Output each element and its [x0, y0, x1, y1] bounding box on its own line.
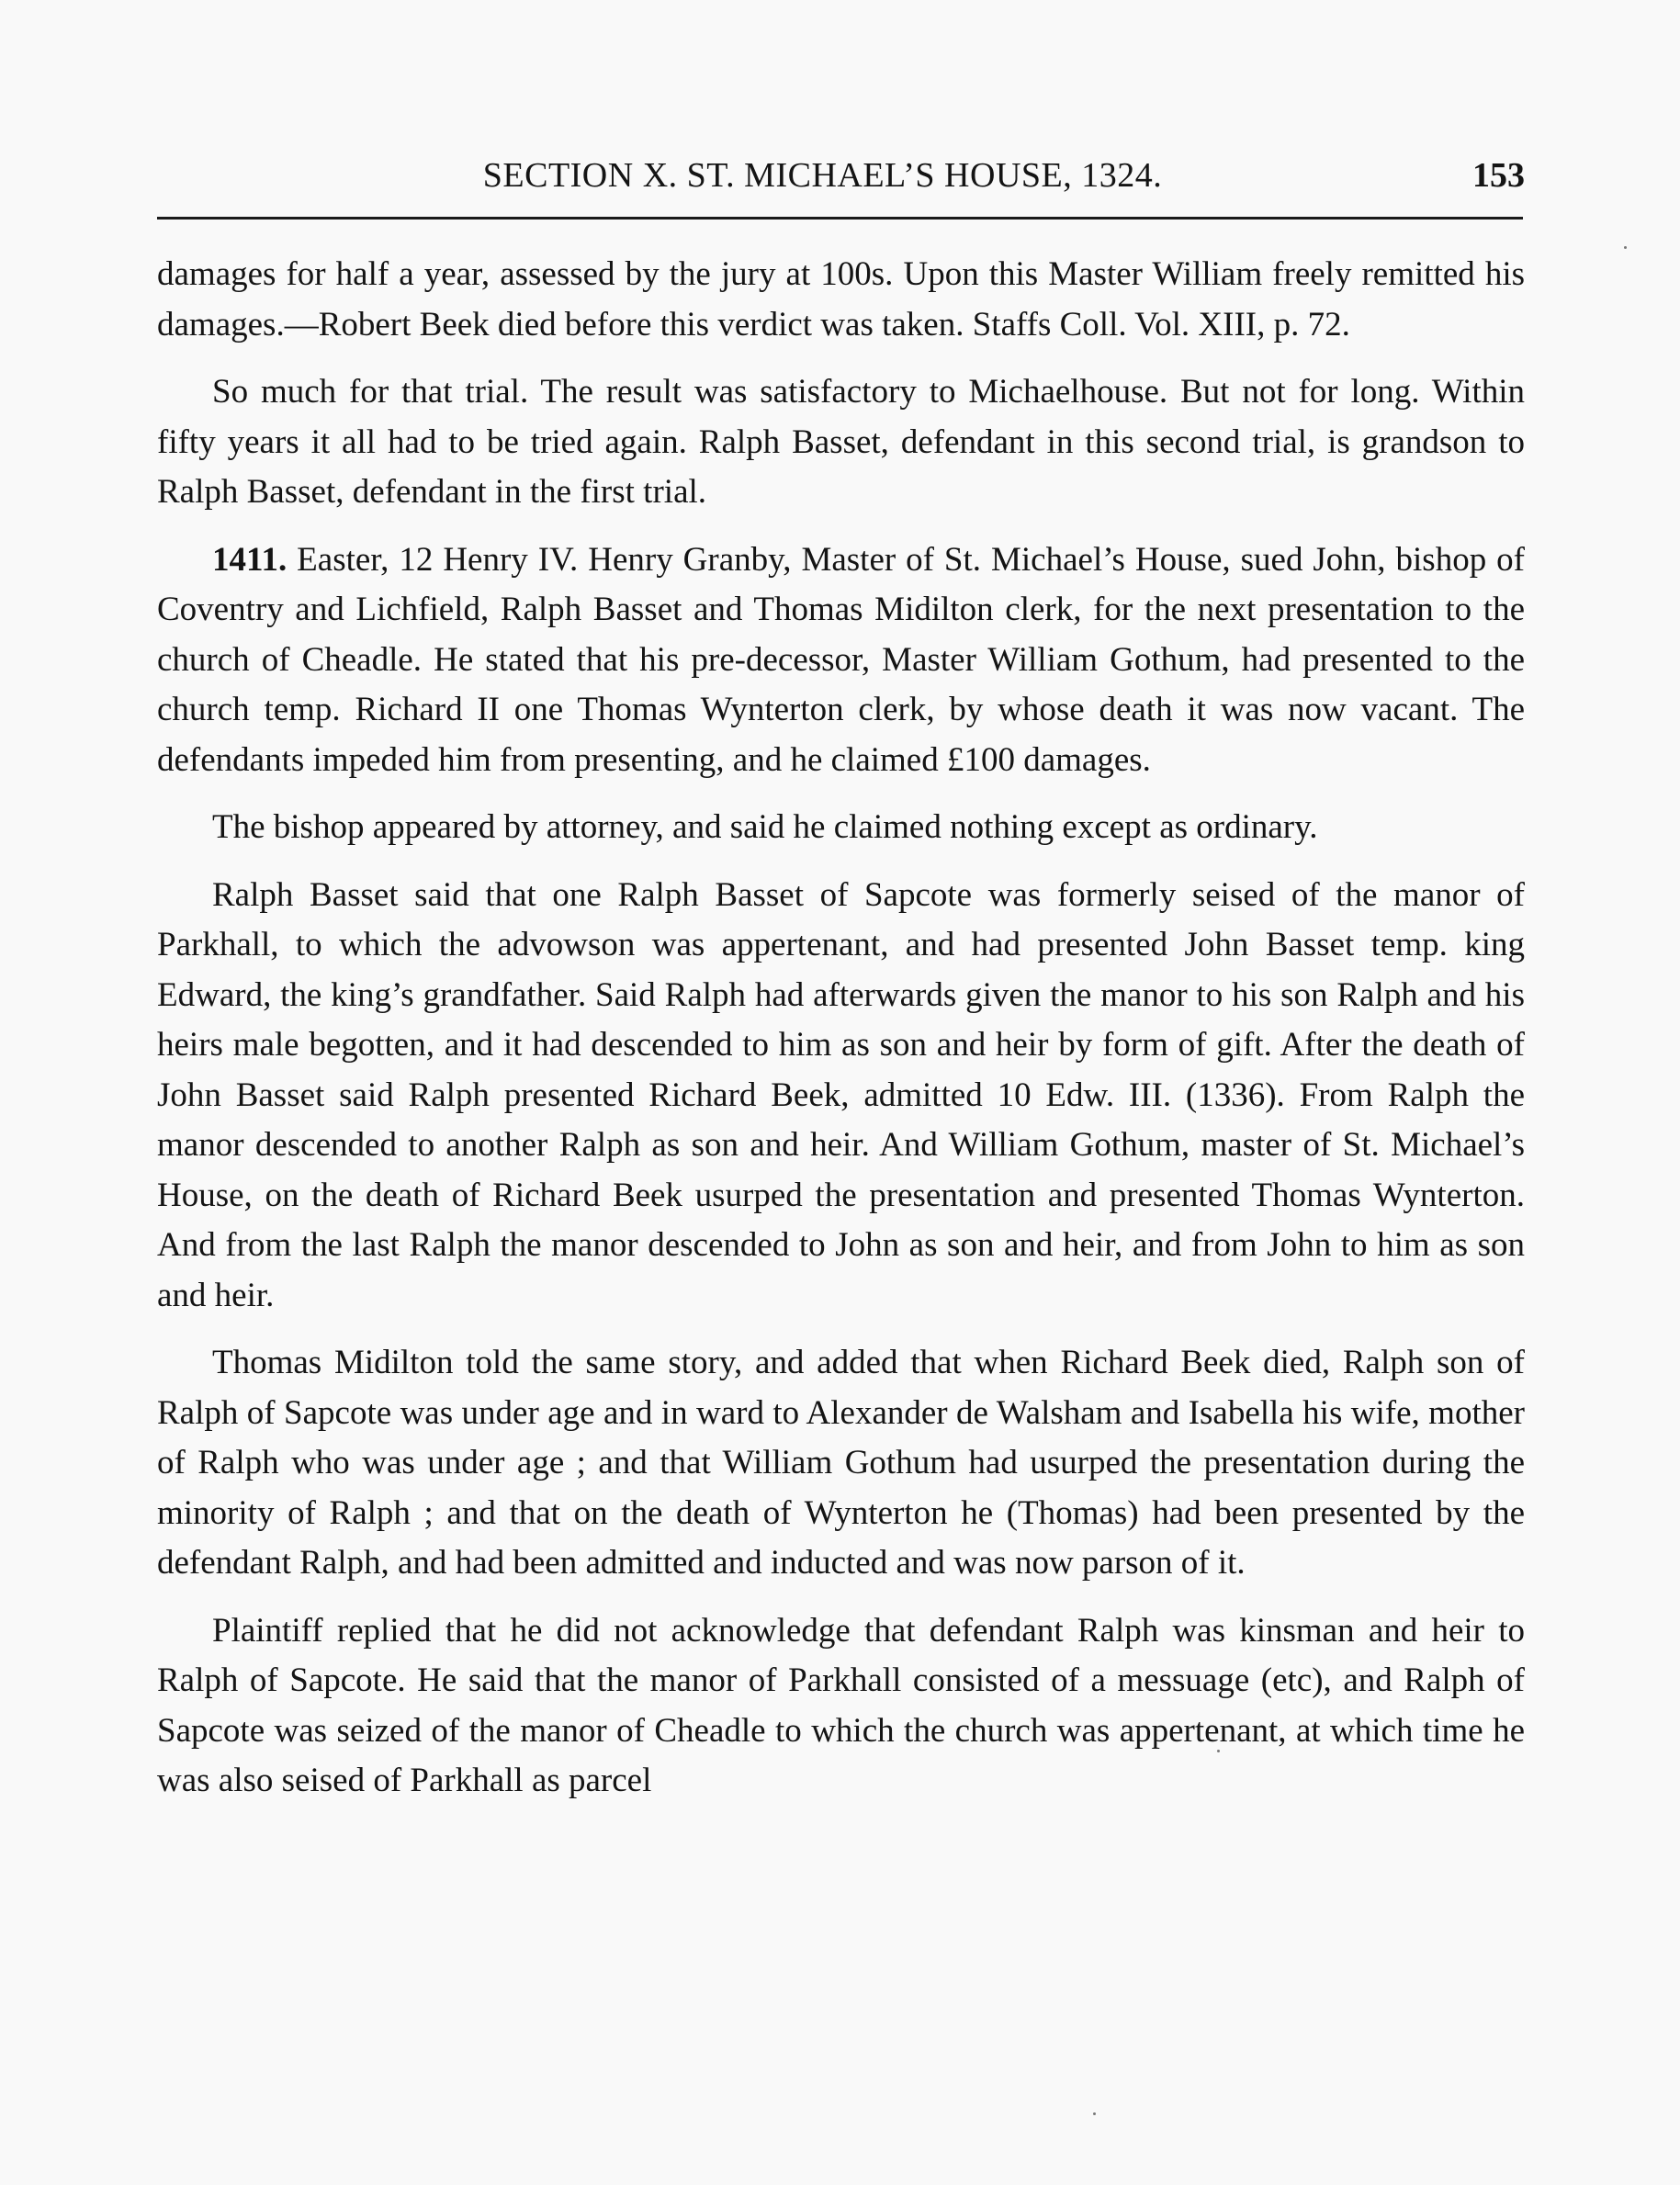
paragraph-damages-remitted: damages for half a year, assessed by the…: [157, 250, 1525, 350]
page-header: SECTION X. ST. MICHAEL’S HOUSE, 1324. 15…: [157, 147, 1525, 204]
paragraph-text: damages for half a year, assessed by the…: [157, 255, 1525, 344]
page-number: 153: [1472, 147, 1525, 204]
paragraph-bishop-plea: The bishop appeared by attorney, and sai…: [157, 803, 1525, 853]
paragraph-midilton-plea: Thomas Midilton told the same story, and…: [157, 1338, 1525, 1589]
paragraph-text: Thomas Midilton told the same story, and…: [157, 1344, 1525, 1582]
paragraph-text: Plaintiff replied that he did not acknow…: [157, 1612, 1525, 1800]
year-label: 1411.: [212, 541, 287, 579]
paragraph-text: Ralph Basset said that one Ralph Basset …: [157, 876, 1525, 1314]
paragraph-plaintiff-reply: Plaintiff replied that he did not acknow…: [157, 1606, 1525, 1807]
running-title: SECTION X. ST. MICHAEL’S HOUSE, 1324.: [157, 147, 1525, 204]
paragraph-text: So much for that trial. The result was s…: [157, 373, 1525, 511]
header-rule: [157, 217, 1523, 220]
scan-speck: [1217, 1750, 1220, 1752]
scan-speck: [1093, 2112, 1096, 2115]
body-text: damages for half a year, assessed by the…: [157, 250, 1525, 1824]
paragraph-text: The bishop appeared by attorney, and sai…: [212, 808, 1317, 846]
paragraph-1411-suit: 1411. Easter, 12 Henry IV. Henry Granby,…: [157, 535, 1525, 786]
scan-speck: [1624, 246, 1627, 249]
paragraph-text: Easter, 12 Henry IV. Henry Granby, Maste…: [157, 541, 1525, 779]
paragraph-basset-plea: Ralph Basset said that one Ralph Basset …: [157, 871, 1525, 1322]
paragraph-first-trial-summary: So much for that trial. The result was s…: [157, 367, 1525, 518]
